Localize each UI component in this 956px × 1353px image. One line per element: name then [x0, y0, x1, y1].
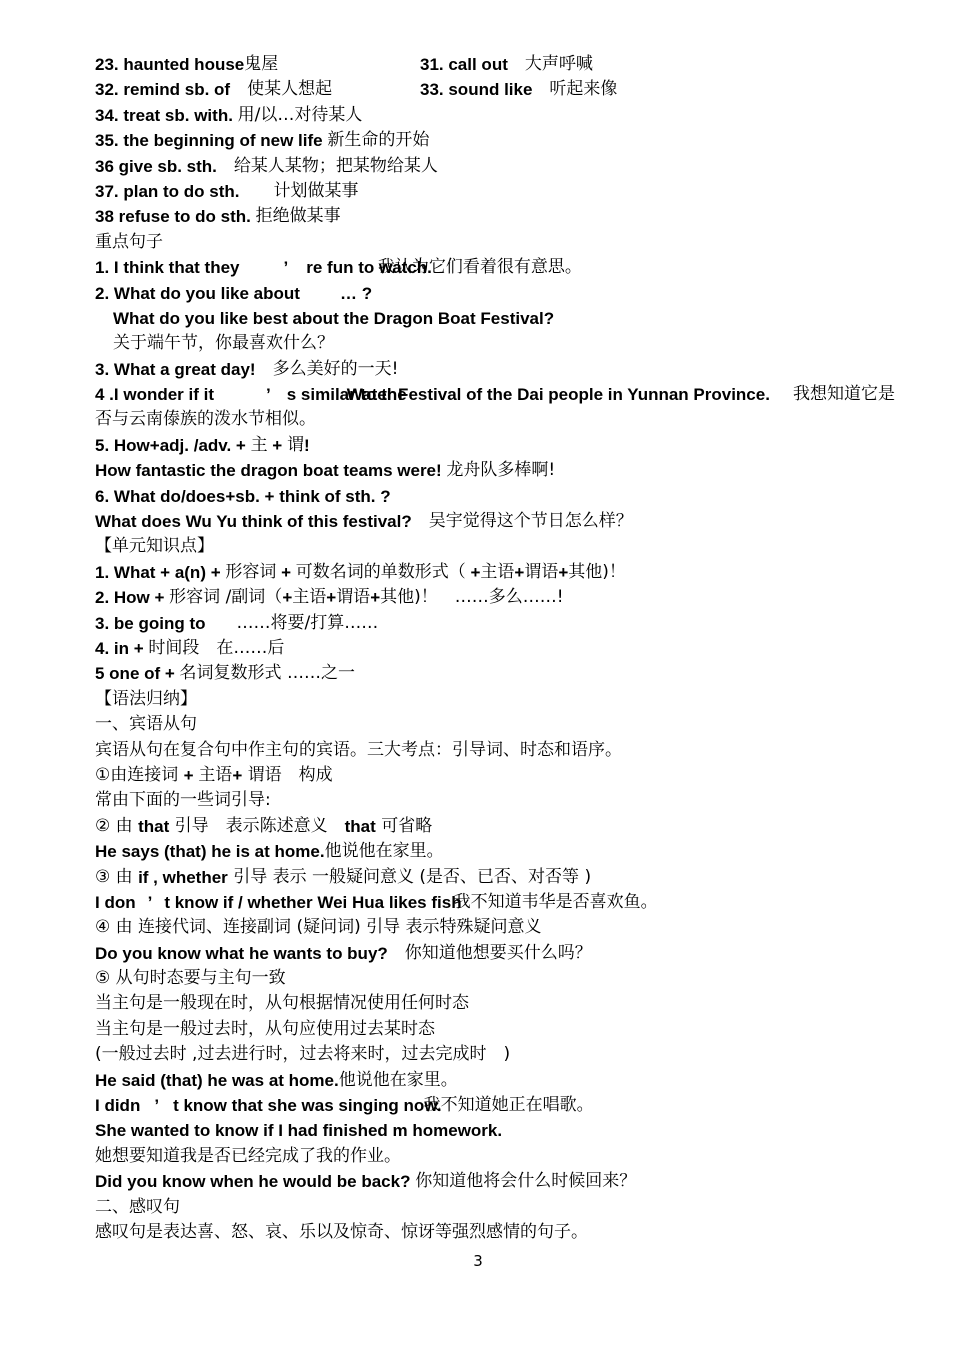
text-segment: 计划做某事 [240, 179, 359, 204]
text-line: He says (that) he is at home.他说他在家里。 [95, 839, 915, 864]
text-line: 38 refuse to do sth. 拒绝做某事 [95, 204, 915, 229]
text-line: How fantastic the dragon boat teams were… [95, 458, 915, 483]
text-line: 6. What do/does+sb. + think of sth. ? [95, 484, 915, 509]
text-segment: 谓语 [524, 560, 558, 585]
text-segment: + [276, 560, 295, 585]
text-line: 1. What + a(n) + 形容词 + 可数名词的单数形式（ +主语+谓语… [95, 560, 915, 585]
text-line: 5. How+adj. /adv. + 主 + 谓! [95, 433, 915, 458]
text-segment: (一般过去时 ,过去进行时，过去将来时，过去完成时 ) [95, 1042, 510, 1067]
text-segment: What do you like best about the Dragon B… [113, 306, 554, 331]
text-line: 5 one of + 名词复数形式 ……之一 [95, 661, 915, 686]
text-segment: 使某人想起 [230, 77, 332, 102]
text-segment: 谓语 构成 [242, 763, 332, 788]
text-segment: 谓语 [336, 585, 370, 610]
text-line: 关于端午节，你最喜欢什么？ [95, 331, 915, 356]
text-segment: ’ [148, 890, 153, 915]
text-segment: t know if / whether Wei Hua likes fish [164, 890, 461, 915]
text-segment: 他说他在家里。 [325, 839, 444, 864]
text-segment: t know that she was singing no [173, 1093, 424, 1118]
text-segment: 主语 [480, 560, 514, 585]
text-segment: 拒绝做某事 [256, 204, 341, 229]
text-segment: 你知道他想要买什么吗？ [388, 941, 592, 966]
text-segment: I didn [95, 1093, 140, 1118]
text-segment: 5 one of + [95, 661, 180, 686]
text-segment: Water Festival of the Dai people in Yunn… [347, 382, 770, 407]
text-segment: 我不知道她正在唱歌。 [424, 1093, 594, 1118]
text-line: Did you know when he would be back? 你知道他… [95, 1169, 915, 1194]
phrase-col-right: 31. call out 大声呼喊 [420, 52, 593, 77]
text-line: 35. the beginning of new life 新生命的开始 [95, 128, 915, 153]
text-segment: 主 [251, 433, 268, 458]
text-segment: + [558, 560, 568, 585]
text-segment: 当主句是一般现在时，从句根据情况使用任何时态 [95, 991, 469, 1016]
text-segment: 1. What + a(n) + [95, 560, 225, 585]
text-segment: 其他)！ ……多么……! [380, 585, 563, 610]
phrase-col-right: 33. sound like 听起来像 [420, 77, 617, 102]
text-segment: 3. What a great day! [95, 357, 256, 382]
text-segment: re fun to [306, 255, 379, 280]
text-line: 4 .I wonder if it’s similar to theWater … [95, 382, 915, 407]
text-segment: 2. How + [95, 585, 169, 610]
text-segment: 新生命的开始 [327, 128, 429, 153]
text-line: (一般过去时 ,过去进行时，过去将来时，过去完成时 ) [95, 1042, 915, 1067]
text-segment: 龙舟队多棒啊! [446, 458, 555, 483]
text-segment: 可数名词的单数形式（ [296, 560, 466, 585]
text-line: 宾语从句在复合句中作主句的宾语。三大考点：引导词、时态和语序。 [95, 738, 915, 763]
text-segment: 31. call out [420, 52, 508, 77]
text-segment: 主语 [292, 585, 326, 610]
text-segment: 她想要知道我是否已经完成了我的作业。 [95, 1144, 401, 1169]
text-segment: 可省略 [376, 814, 432, 839]
text-line: ③ 由 if , whether 引导 表示 一般疑问意义 (是否、已否、对否等… [95, 865, 915, 890]
text-line: 常由下面的一些词引导: [95, 788, 915, 813]
text-line: 感叹句是表达喜、怒、哀、乐以及惊奇、惊讶等强烈感情的句子。 [95, 1220, 915, 1245]
text-segment: 23. haunted house [95, 52, 244, 77]
text-segment: 34. treat sb. with. [95, 103, 238, 128]
text-segment: … ? [340, 281, 372, 306]
text-segment: ’ [154, 1093, 159, 1118]
text-line: 34. treat sb. with. 用/以…对待某人 [95, 103, 915, 128]
text-line: ④ 由 连接代词、连接副词 (疑问词) 引导 表示特殊疑问意义 [95, 915, 915, 940]
text-segment: 4 .I wonder if it [95, 382, 214, 407]
text-segment: He said (that) he was at home. [95, 1068, 339, 1093]
text-segment: that [345, 814, 376, 839]
text-segment: I don [95, 890, 136, 915]
text-line: 2. How + 形容词 /副词（+主语+谓语+其他)！ ……多么……! [95, 585, 915, 610]
text-segment: ④ 由 连接代词、连接副词 (疑问词) 引导 表示特殊疑问意义 [95, 915, 542, 940]
text-line: What does Wu Yu think of this festival? … [95, 509, 915, 534]
text-segment: What does Wu Yu think of this festival? [95, 509, 412, 534]
text-segment: 当主句是一般过去时，从句应使用过去某时态 [95, 1017, 435, 1042]
text-segment: 宾语从句在复合句中作主句的宾语。三大考点：引导词、时态和语序。 [95, 738, 622, 763]
text-segment: 否与云南傣族的泼水节相似。 [95, 407, 316, 432]
text-segment: 多么美好的一天! [256, 357, 399, 382]
text-segment: s simila [287, 382, 349, 407]
text-segment: 3. be going to [95, 611, 206, 636]
text-segment: 引导 表示陈述意义 [169, 814, 344, 839]
text-segment: if , whether [138, 865, 228, 890]
text-segment: Do you know what he wants to buy? [95, 941, 388, 966]
text-segment: How fantastic the dragon boat teams were… [95, 458, 446, 483]
text-segment: ② 由 [95, 814, 138, 839]
text-line: 【单元知识点】 [95, 534, 915, 559]
text-line: 3. be going to ……将要/打算…… [95, 611, 915, 636]
text-segment: He says (that) he is at home. [95, 839, 325, 864]
text-line: 当主句是一般现在时，从句根据情况使用任何时态 [95, 991, 915, 1016]
text-line: 否与云南傣族的泼水节相似。 [95, 407, 915, 432]
text-segment: 我想知道它是 [776, 382, 895, 407]
text-segment: 5. How+adj. /adv. + [95, 433, 251, 458]
text-segment: 6. What do/does+sb. + think of sth. ? [95, 484, 391, 509]
text-segment: + [326, 585, 336, 610]
text-segment: 32. remind sb. of [95, 77, 230, 102]
text-segment: ’ [266, 382, 271, 407]
text-segment: 感叹句是表达喜、怒、哀、乐以及惊奇、惊讶等强烈感情的句子。 [95, 1220, 588, 1245]
text-line: 一、宾语从句 [95, 712, 915, 737]
text-line: He said (that) he was at home.他说他在家里。 [95, 1068, 915, 1093]
text-segment: 二、感叹句 [95, 1195, 180, 1220]
text-segment: + [268, 433, 287, 458]
text-segment: 【语法归纳】 [95, 687, 197, 712]
text-line: She wanted to know if I had finished m h… [95, 1118, 915, 1143]
text-line: ⑤ 从句时态要与主句一致 [95, 966, 915, 991]
text-segment: ③ 由 [95, 865, 138, 890]
text-segment: She wanted to know if I had finished m h… [95, 1118, 502, 1143]
text-segment: + [466, 560, 481, 585]
text-segment: 鬼屋 [244, 52, 278, 77]
text-line: 2. What do you like about… ? [95, 281, 915, 306]
document-page: 23. haunted house鬼屋31. call out 大声呼喊32. … [95, 52, 915, 1245]
text-line: 36 give sb. sth. 给某人某物；把某物给某人 [95, 154, 915, 179]
text-segment: ⑤ 从句时态要与主句一致 [95, 966, 286, 991]
text-segment: 其他)！ [568, 560, 626, 585]
text-segment: 用/以…对待某人 [238, 103, 363, 128]
text-line: 32. remind sb. of 使某人想起33. sound like 听起… [95, 77, 915, 102]
page-number: 3 [0, 1252, 956, 1270]
text-line: 她想要知道我是否已经完成了我的作业。 [95, 1144, 915, 1169]
text-line: ①由连接词 + 主语+ 谓语 构成 [95, 763, 915, 788]
text-segment: 38 refuse to do sth. [95, 204, 256, 229]
text-line: 二、感叹句 [95, 1195, 915, 1220]
text-line: 【语法归纳】 [95, 687, 915, 712]
text-segment: 吴宇觉得这个节日怎么样？ [412, 509, 633, 534]
text-segment: 33. sound like [420, 77, 532, 102]
text-segment: 大声呼喊 [508, 52, 593, 77]
text-segment: 4. in + [95, 636, 148, 661]
text-segment: + [184, 763, 199, 788]
phrase-col-left: 23. haunted house鬼屋 [95, 55, 278, 74]
text-segment: 主语 [198, 763, 232, 788]
phrase-col-left: 32. remind sb. of 使某人想起 [95, 80, 332, 99]
text-segment: 我不知道韦华是否喜欢鱼。 [454, 890, 658, 915]
text-line: What do you like best about the Dragon B… [95, 306, 915, 331]
text-line: 重点句子 [95, 230, 915, 255]
text-segment: 时间段 在……后 [148, 636, 284, 661]
text-line: 23. haunted house鬼屋31. call out 大声呼喊 [95, 52, 915, 77]
text-segment: 2. What do you like about [95, 281, 300, 306]
text-segment: 他说他在家里。 [339, 1068, 458, 1093]
text-line: 3. What a great day! 多么美好的一天! [95, 357, 915, 382]
text-segment: 【单元知识点】 [95, 534, 214, 559]
text-line: I didn’t know that she was singing now.我… [95, 1093, 915, 1118]
text-segment: 听起来像 [532, 77, 617, 102]
text-segment: + [370, 585, 380, 610]
text-segment: 名词复数形式 ……之一 [180, 661, 355, 686]
text-segment: + [282, 585, 292, 610]
text-segment: 形容词 [225, 560, 276, 585]
text-line: 当主句是一般过去时，从句应使用过去某时态 [95, 1017, 915, 1042]
text-segment: 35. the beginning of new life [95, 128, 327, 153]
text-segment: + [232, 763, 242, 788]
text-segment: 重点句子 [95, 230, 163, 255]
text-segment: 形容词 /副词（ [169, 585, 282, 610]
text-line: 37. plan to do sth. 计划做某事 [95, 179, 915, 204]
text-segment: 一、宾语从句 [95, 712, 197, 737]
text-segment: 37. plan to do sth. [95, 179, 240, 204]
text-segment: ’ [284, 255, 289, 280]
text-line: Do you know what he wants to buy? 你知道他想要… [95, 941, 915, 966]
text-segment: ①由连接词 [95, 763, 184, 788]
text-segment: 1. I think that they [95, 255, 240, 280]
text-line: 4. in + 时间段 在……后 [95, 636, 915, 661]
text-line: ② 由 that 引导 表示陈述意义 that 可省略 [95, 814, 915, 839]
text-segment: 给某人某物；把某物给某人 [217, 154, 438, 179]
text-segment: 关于端午节，你最喜欢什么？ [113, 331, 334, 356]
text-segment: Did you know when he would be back? [95, 1169, 415, 1194]
text-segment: 我认为它们看着很有意思。 [378, 255, 582, 280]
text-segment: 36 give sb. sth. [95, 154, 217, 179]
text-segment: 常由下面的一些词引导: [95, 788, 271, 813]
text-line: 1. I think that they’re fun to watch.我认为… [95, 255, 915, 280]
text-segment: + [514, 560, 524, 585]
text-segment: 引导 表示 一般疑问意义 (是否、已否、对否等 ) [228, 865, 591, 890]
text-line: I don’t know if / whether Wei Hua likes … [95, 890, 915, 915]
text-segment: that [138, 814, 169, 839]
text-segment: 谓 [287, 433, 304, 458]
text-segment: ! [304, 433, 310, 458]
text-segment: ……将要/打算…… [220, 611, 379, 636]
text-segment: 你知道他将会什么时候回来？ [415, 1169, 636, 1194]
